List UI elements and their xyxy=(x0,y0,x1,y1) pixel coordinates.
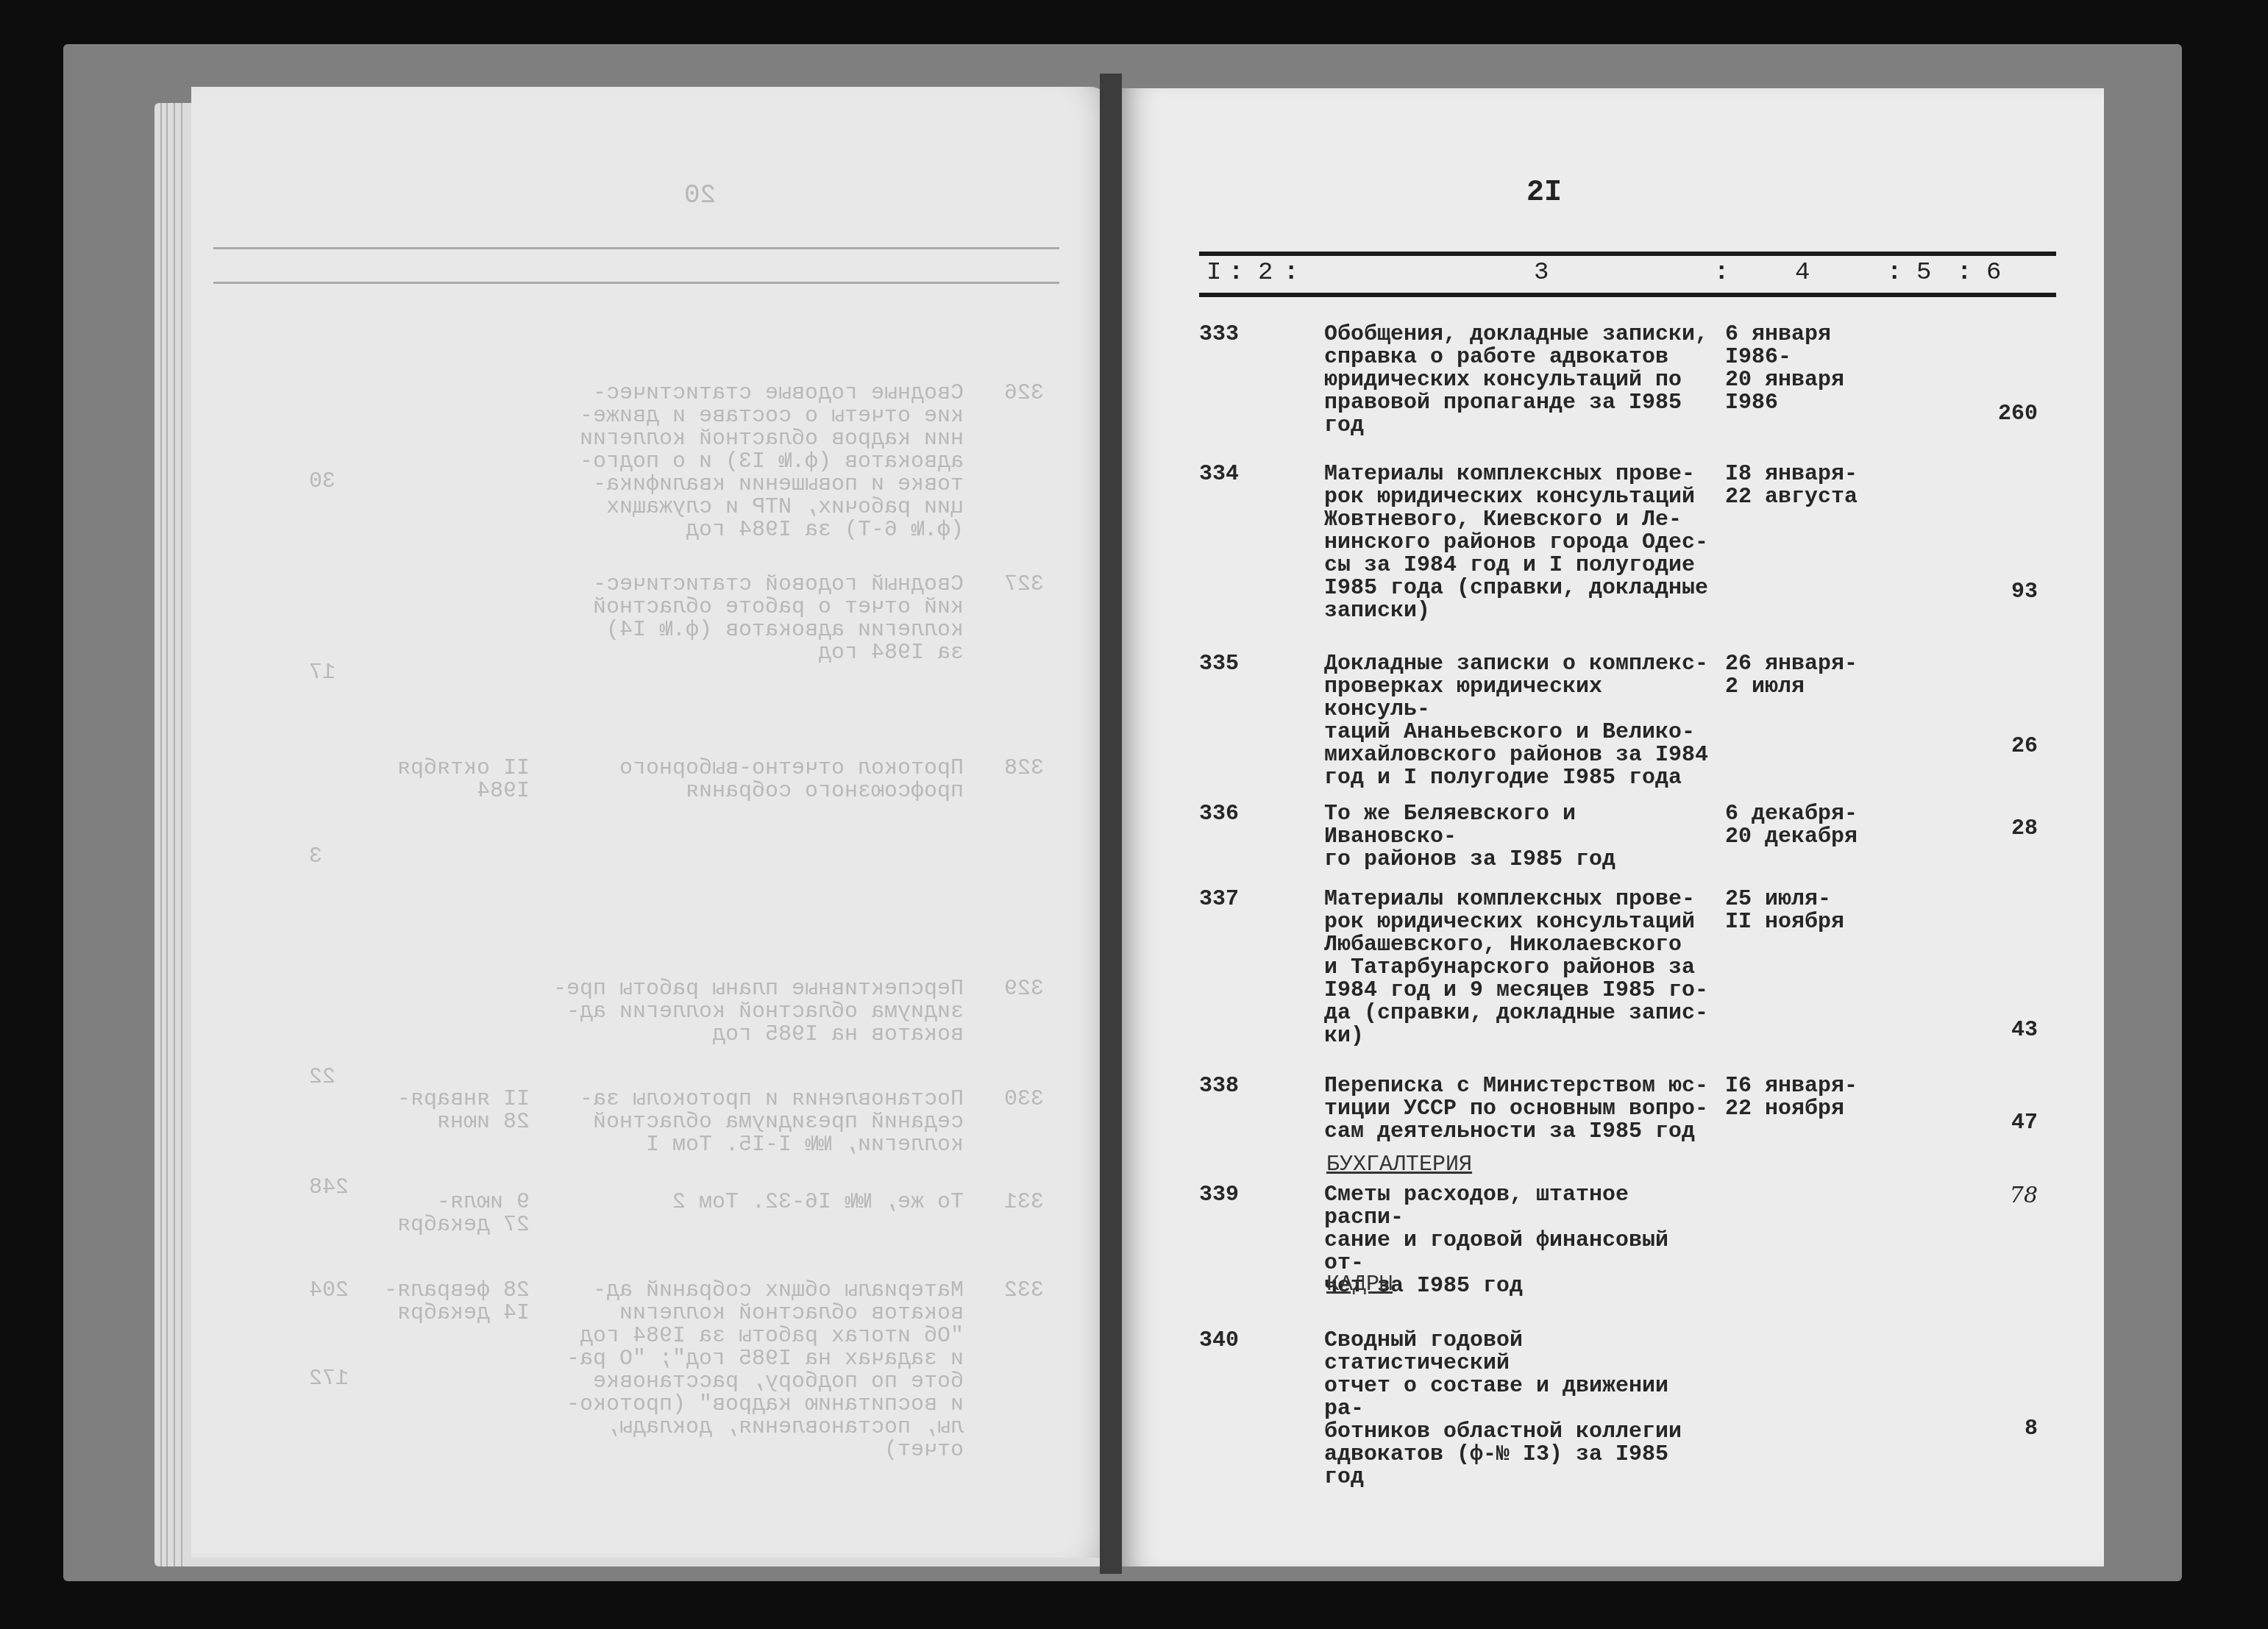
entry-number: 339 xyxy=(1199,1184,1239,1207)
entry-title: То же, №№ I6-32. Том 2 xyxy=(552,1191,964,1214)
section-heading-personnel: КАДРЫ xyxy=(1326,1272,1393,1297)
entry-dates: 25 июля- II ноября xyxy=(1725,888,1902,934)
book-gutter xyxy=(1100,74,1122,1574)
entry-sheet-count: 30 xyxy=(309,471,335,493)
column-5: 5 xyxy=(1916,259,1931,287)
entry-sheet-count: 8 xyxy=(2025,1418,2038,1441)
entry-title: Переписка с Министерством юс- тиции УССР… xyxy=(1324,1075,1721,1144)
left-page-number: 20 xyxy=(684,184,716,207)
entry-number: 334 xyxy=(1199,463,1239,486)
entry-title: Протокол отчетно-выборного профсоюзного … xyxy=(552,758,964,803)
entry-sheet-count: 78 xyxy=(2010,1184,2038,1207)
column-2: 2 xyxy=(1258,259,1273,287)
entry-sheet-count: 47 xyxy=(2011,1112,2038,1135)
column-header: I : 2 : 3 : 4 : 5 : 6 xyxy=(1199,252,2056,297)
entry-sheet-count: 93 xyxy=(2011,581,2038,604)
entry-sheet-count: 204 xyxy=(309,1280,349,1302)
entry-title: Постановления и протоколы за- седаний пр… xyxy=(552,1088,964,1157)
entry-dates: II января- 28 июня xyxy=(383,1088,530,1134)
entry-title: Материалы общих собраний ад- вокатов обл… xyxy=(552,1280,964,1462)
left-column-header xyxy=(213,247,1059,284)
entry-sheet-count: 3 xyxy=(309,846,322,869)
entry-sheet-count: 248 xyxy=(309,1177,349,1200)
entry-title: Перспективные планы работы пре- зидиума … xyxy=(552,978,964,1047)
entry-title: Сводные годовые статистичес- кие отчеты … xyxy=(552,382,964,542)
entry-dates: 26 января- 2 июля xyxy=(1725,653,1902,699)
column-6: 6 xyxy=(1986,259,2001,287)
entry-number: 329 xyxy=(1004,978,1044,1001)
page-number: 2I xyxy=(1526,177,1562,210)
entry-number: 335 xyxy=(1199,653,1239,676)
entry-title: Сводный годовой статистический отчет о с… xyxy=(1324,1330,1721,1489)
entry-title: Материалы комплексных прове- рок юридиче… xyxy=(1324,888,1721,1048)
entry-number: 326 xyxy=(1004,382,1044,405)
entry-dates: 6 декабря- 20 декабря xyxy=(1725,803,1902,849)
entry-dates: 6 января I986- 20 января I986 xyxy=(1725,324,1902,415)
entry-number: 328 xyxy=(1004,758,1044,780)
entry-number: 331 xyxy=(1004,1191,1044,1214)
entry-title: Докладные записки о комплекс- проверках … xyxy=(1324,653,1721,790)
entry-number: 330 xyxy=(1004,1088,1044,1111)
entry-sheet-count: 260 xyxy=(1998,403,2038,426)
entry-sheet-count: 22 xyxy=(309,1066,335,1089)
entry-number: 337 xyxy=(1199,888,1239,911)
column-4: 4 xyxy=(1795,259,1810,287)
column-1: I xyxy=(1206,259,1221,287)
entry-number: 338 xyxy=(1199,1075,1239,1098)
entry-number: 332 xyxy=(1004,1280,1044,1302)
entry-sheet-count: 28 xyxy=(2011,818,2038,841)
entry-dates: 28 февраля- I4 декабря xyxy=(383,1280,530,1325)
entry-dates: 9 июля- 27 декабря xyxy=(383,1191,530,1237)
entry-sheet-count: 26 xyxy=(2011,735,2038,758)
entry-dates: II октября I984 xyxy=(383,758,530,803)
entry-number: 340 xyxy=(1199,1330,1239,1352)
entry-sheet-count: 43 xyxy=(2011,1019,2038,1042)
column-3: 3 xyxy=(1534,259,1549,287)
entry-number: 333 xyxy=(1199,324,1239,346)
entry-title: Обобщения, докладные записки, справка о … xyxy=(1324,324,1721,438)
entry-sheet-count: 172 xyxy=(309,1368,349,1391)
entry-number: 336 xyxy=(1199,803,1239,826)
entry-dates: I6 января- 22 ноября xyxy=(1725,1075,1902,1121)
entry-dates: I8 января- 22 августа xyxy=(1725,463,1902,509)
entry-title: То же Беляевского и Ивановско- го районо… xyxy=(1324,803,1721,871)
entry-title: Сводный годовой статистичес- кий отчет о… xyxy=(552,574,964,665)
entry-sheet-count: 17 xyxy=(309,662,335,685)
entry-number: 327 xyxy=(1004,574,1044,596)
section-heading-accounting: БУХГАЛТЕРИЯ xyxy=(1326,1152,1472,1177)
entry-title: Материалы комплексных прове- рок юридиче… xyxy=(1324,463,1721,623)
